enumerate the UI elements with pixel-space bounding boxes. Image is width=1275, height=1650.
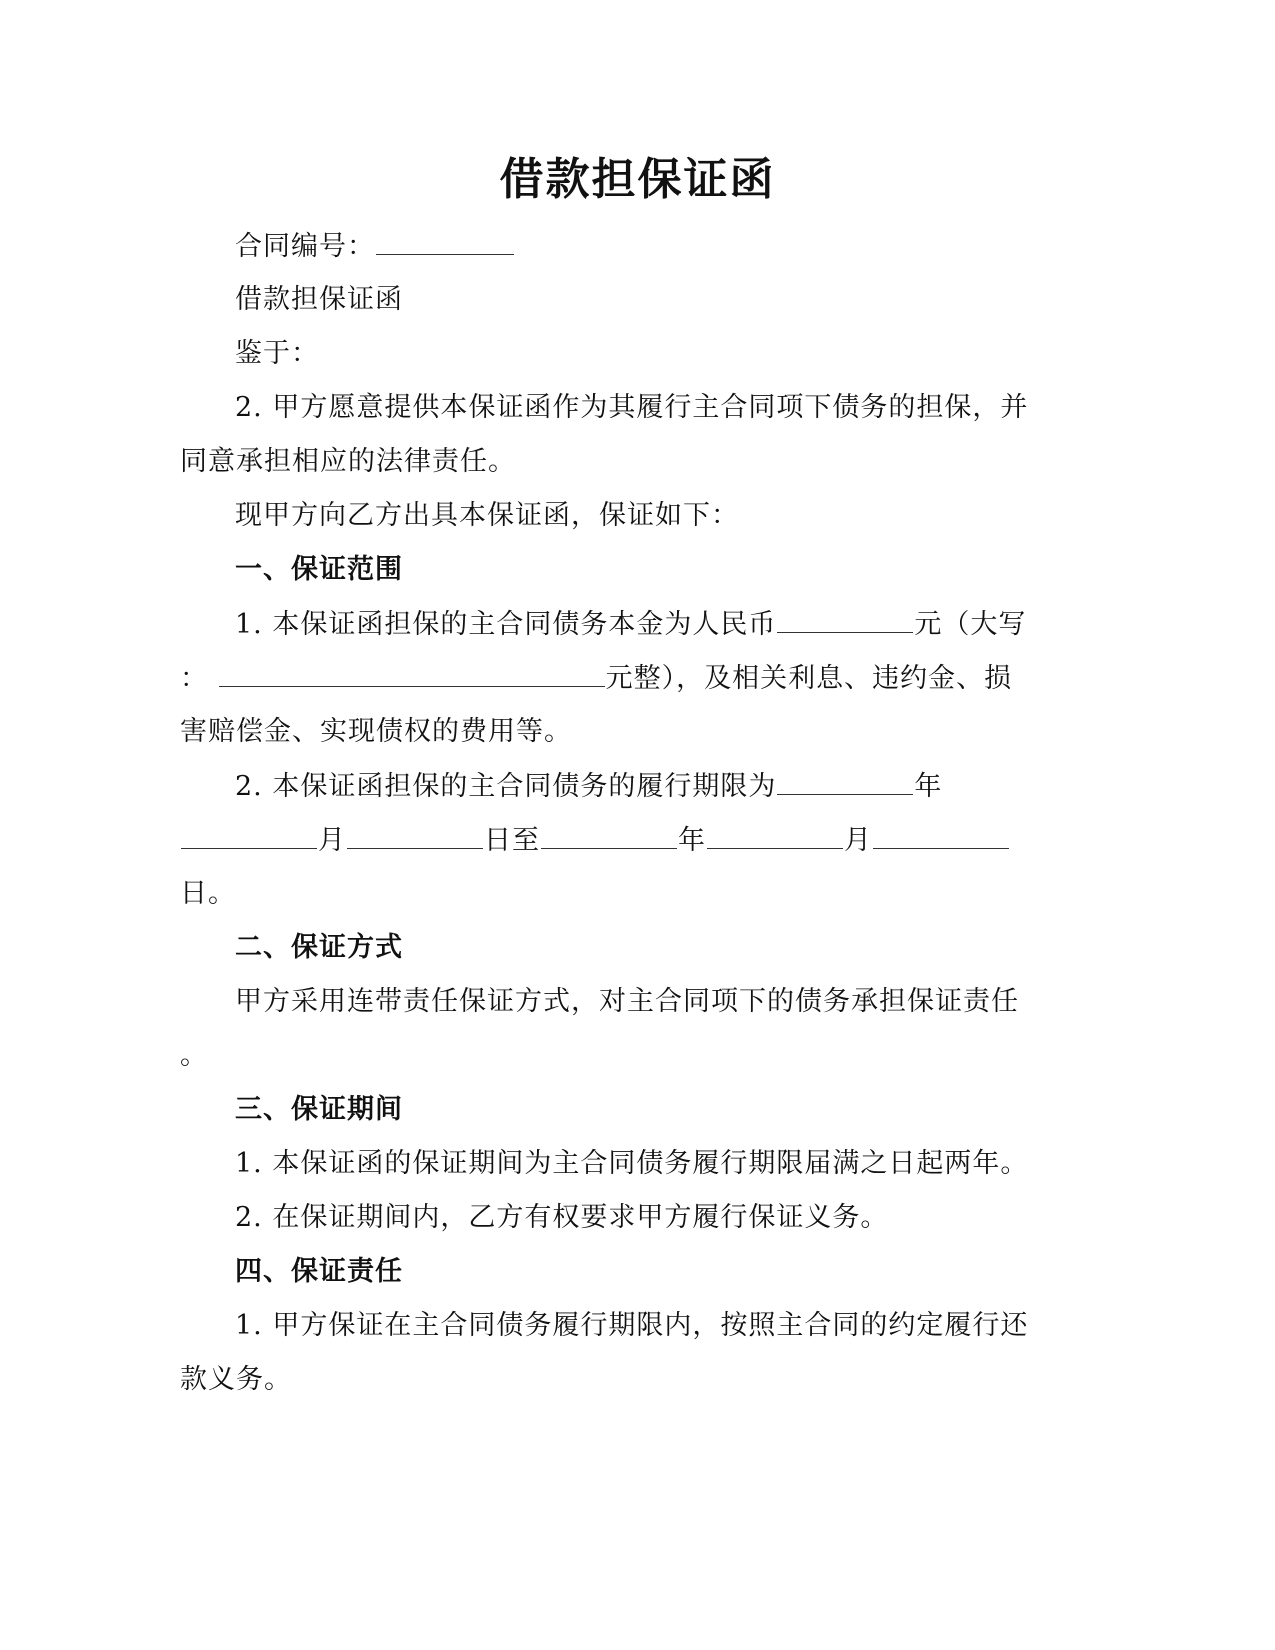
recital-2-line2: 同意承担相应的法律责任。 [180,444,516,480]
amount-prefix: 1. 本保证函担保的主合同债务本金为人民币 [235,609,776,640]
section-4-item-1-line2: 款义务。 [180,1362,292,1398]
start-day-blank[interactable] [347,822,483,849]
section-2-body-line2: 。 [180,1038,208,1074]
document-title: 借款担保证函 [0,150,1275,210]
month-label: 月 [318,825,346,856]
contract-number-blank[interactable] [376,228,514,255]
section-1-item-1-line2: ： 元整），及相关利息、违约金、损 [180,660,1012,697]
end-day-blank[interactable] [873,822,1009,849]
recital-2-line1: 2. 甲方愿意提供本保证函作为其履行主合同项下债务的担保，并 [235,390,1028,426]
section-4-item-1-line1: 1. 甲方保证在主合同债务履行期限内，按照主合同的约定履行还 [235,1308,1028,1344]
start-year-blank[interactable] [777,768,913,795]
amount-words-suffix: 元整），及相关利息、违约金、损 [606,663,1013,694]
section-1-item-2-line2: 月日至年月 [180,822,1010,859]
document-page: 借款担保证函 合同编号： 借款担保证函 鉴于： 2. 甲方愿意提供本保证函作为其… [0,0,1275,1650]
section-2-heading: 二、保证方式 [235,930,403,966]
intro-paragraph: 现甲方向乙方出具本保证函，保证如下： [235,498,739,534]
section-4-heading: 四、保证责任 [235,1254,403,1290]
section-2-body-line1: 甲方采用连带责任保证方式，对主合同项下的债务承担保证责任 [235,984,1019,1020]
contract-number-label: 合同编号： [235,231,375,262]
amount-suffix: 元（大写 [914,609,1026,640]
month-label-2: 月 [844,825,872,856]
day-to-label: 日至 [484,825,540,856]
end-month-blank[interactable] [707,822,843,849]
section-1-item-2-line3: 日。 [180,876,236,912]
amount-blank[interactable] [777,606,913,633]
year-label-2: 年 [678,825,706,856]
section-3-heading: 三、保证期间 [235,1092,403,1128]
end-year-blank[interactable] [541,822,677,849]
section-1-item-1-line1: 1. 本保证函担保的主合同债务本金为人民币元（大写 [235,606,1026,643]
whereas-label: 鉴于： [235,336,319,372]
start-month-blank[interactable] [181,822,317,849]
term-prefix: 2. 本保证函担保的主合同债务的履行期限为 [235,771,776,802]
section-1-item-2-line1: 2. 本保证函担保的主合同债务的履行期限为年 [235,768,942,805]
year-label: 年 [914,771,942,802]
amount-in-words-blank[interactable] [219,660,605,687]
colon: ： [180,663,208,694]
contract-number-line: 合同编号： [235,228,515,265]
subtitle: 借款担保证函 [235,282,403,318]
section-1-heading: 一、保证范围 [235,552,403,588]
section-3-item-2: 2. 在保证期间内，乙方有权要求甲方履行保证义务。 [235,1200,888,1236]
section-1-item-1-line3: 害赔偿金、实现债权的费用等。 [180,714,572,750]
section-3-item-1: 1. 本保证函的保证期间为主合同债务履行期限届满之日起两年。 [235,1146,1028,1182]
